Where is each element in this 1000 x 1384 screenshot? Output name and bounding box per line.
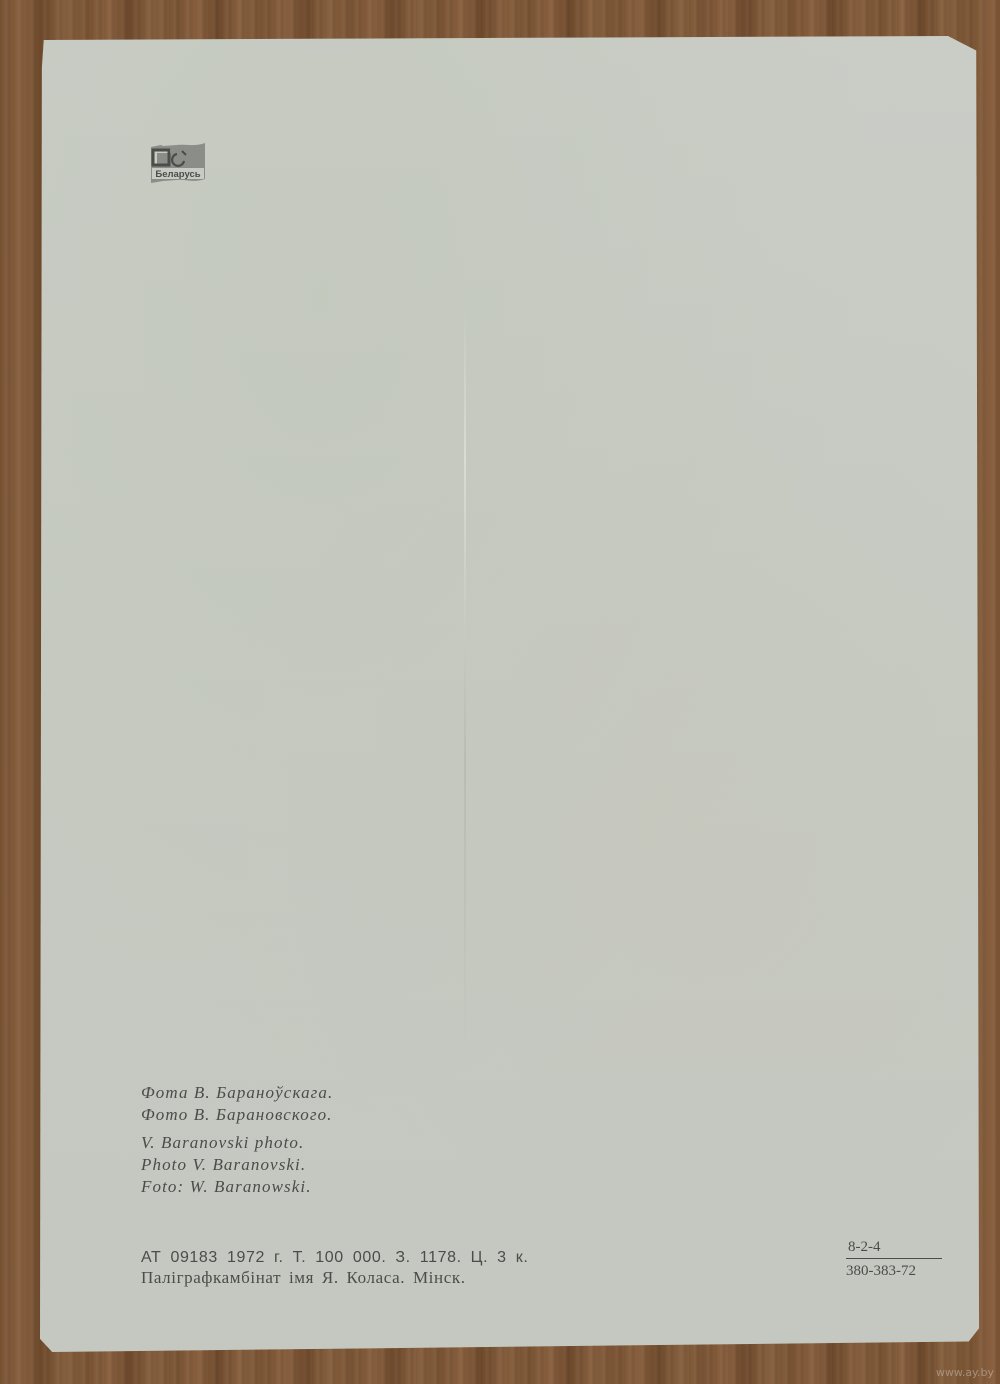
catalog-index: 8-2-4 380-383-72 <box>846 1238 942 1280</box>
site-watermark: www.ay.by <box>936 1366 994 1379</box>
photo-credits: Фота В. Бараноўскага. Фото В. Барановско… <box>141 1082 333 1198</box>
credit-german: Foto: W. Baranowski. <box>141 1176 333 1198</box>
credit-russian: Фото В. Барановского. <box>141 1104 333 1126</box>
paper-fold-crease <box>464 306 466 1066</box>
index-numerator: 8-2-4 <box>846 1238 942 1256</box>
credit-french: Photo V. Baranovski. <box>141 1154 333 1176</box>
credit-english: V. Baranovski photo. <box>141 1132 333 1154</box>
credit-belarusian: Фота В. Бараноўскага. <box>141 1082 333 1104</box>
postcard-back: Беларусь Фота В. Бараноўскага. Фото В. Б… <box>40 36 980 1352</box>
svg-text:Беларусь: Беларусь <box>155 169 200 180</box>
print-imprint: АТ 09183 1972 г. Т. 100 000. З. 1178. Ц.… <box>141 1248 528 1288</box>
publisher-logo: Беларусь <box>147 141 209 187</box>
belarus-publisher-flag-logo-icon: Беларусь <box>147 141 209 187</box>
imprint-line-2: Паліграфкамбінат імя Я. Коласа. Мінск. <box>141 1268 528 1288</box>
imprint-line-1: АТ 09183 1972 г. Т. 100 000. З. 1178. Ц.… <box>141 1248 528 1268</box>
index-denominator: 380-383-72 <box>846 1258 942 1280</box>
